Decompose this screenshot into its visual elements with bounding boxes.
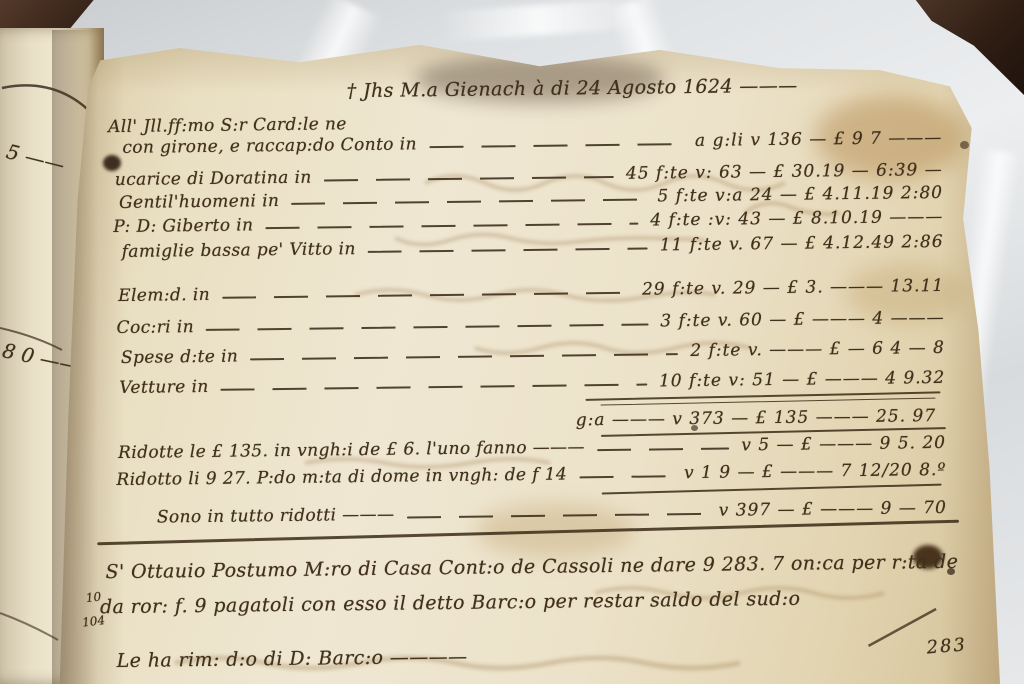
leader-line [291,199,645,205]
sono-label: Sono in tutto ridotti ——— [157,505,395,528]
note-line: S' Ottauio Postumo M:ro di Casa Cont:o d… [105,551,958,583]
row-label: All' Jll.ff:mo S:r Card:le ne [108,114,347,137]
gutter-shadow [52,30,98,684]
row-label: Gentil'huomeni in [119,191,279,213]
leader-line [222,292,630,299]
row-amount: 45 f:te v: 63 — £ 30.19 — 6:39 — [626,160,943,184]
ridotto-row: Ridotto li 9 27. P:do m:ta di dome in vn… [116,460,946,490]
ledger-header: † Jhs M.a Gienach à di 24 Agosto 1624 ——… [347,75,798,103]
header-text: † Jhs M.a Gienach à di 24 Agosto 1624 ——… [347,75,798,103]
row-amount: a g:li v 136 — £ 9 7 ——— [695,128,943,151]
ledger-row: Coc:ri in 3 f:te v. 60 — £ ——— 4 ——— [116,308,944,338]
ledger-row: famiglie bassa pe' Vitto in 11 f:te v. 6… [122,232,944,262]
ridotte-label: Ridotte le £ 135. in vngh:i de £ 6. l'un… [118,437,585,463]
totals-rule [602,484,942,495]
note-text: Le ha rim: d:o di D: Barc:o ———— [117,646,468,672]
row-amount: 5 f:te v:a 24 — £ 4.11.19 2:80 [657,183,943,206]
note-line: Le ha rim: d:o di D: Barc:o ———— [117,646,468,672]
manuscript-photo: 5 —— 8 0 —— [0,0,1024,684]
note-text: S' Ottauio Postumo M:ro di Casa Cont:o d… [105,551,958,583]
totals-sum: g:a ——— v 373 — £ 135 ——— 25. 97 [576,406,937,430]
leader-line [265,223,638,230]
tissue-wrinkle [439,0,641,42]
ledger-row: Elem:d. in 29 f:te v. 29 — £ 3. ——— 13.1… [118,276,944,306]
note-line: da ror: f. 9 pagatoli con esso il detto … [100,588,801,619]
row-amount: 2 f:te v. ——— £ — 6 4 — 8 [690,338,945,361]
leader-line [429,143,683,148]
row-amount: 10 f:te v: 51 — £ ——— 4 9.32 [659,368,945,391]
ledger-row: Spese d:te in 2 f:te v. ——— £ — 6 4 — 8 [121,338,945,368]
row-label: Elem:d. in [118,285,210,306]
manuscript-page: † Jhs M.a Gienach à di 24 Agosto 1624 ——… [55,33,1000,684]
leader-line [406,513,706,519]
ridotte-amount: v 5 — £ ——— 9 5. 20 [741,433,946,455]
leader-line [250,353,678,360]
row-label: Coc:ri in [116,317,194,338]
ridotte-row: Ridotte le £ 135. in vngh:i de £ 6. l'un… [118,433,946,463]
leader-line [221,384,647,391]
ridotto-amount: v 1 9 — £ ——— 7 12/20 8.º [684,460,947,483]
row-label: Spese d:te in [121,347,239,368]
row-label: ucarice di Doratina in [115,168,312,190]
leader-line [579,475,672,478]
row-amount: 4 f:te :v: 43 — £ 8.10.19 ——— [650,207,943,231]
leader-line [597,448,729,452]
row-amount: 3 f:te v. 60 — £ ——— 4 ——— [660,308,944,331]
note-text: da ror: f. 9 pagatoli con esso il detto … [100,588,801,619]
row-amount: 29 f:te v. 29 — £ 3. ——— 13.11 [642,276,944,300]
leader-line [206,324,648,331]
leader-line [368,248,648,253]
row-label: P: D: Giberto in [113,215,253,237]
sono-amount: v 397 — £ ——— 9 — 70 [719,498,947,521]
leader-line [324,176,614,182]
folio-number: 283 [926,634,968,658]
ridotto-label: Ridotto li 9 27. P:do m:ta di dome in vn… [116,465,567,491]
row-label: con girone, e raccap:do Conto in [122,134,417,158]
row-amount: 11 f:te v. 67 — £ 4.12.49 2:86 [660,232,944,255]
totals-sum-row: g:a ——— v 373 — £ 135 ——— 25. 97 [576,406,937,430]
row-label: famiglie bassa pe' Vitto in [122,239,356,262]
row-label: Vetture in [119,377,209,398]
